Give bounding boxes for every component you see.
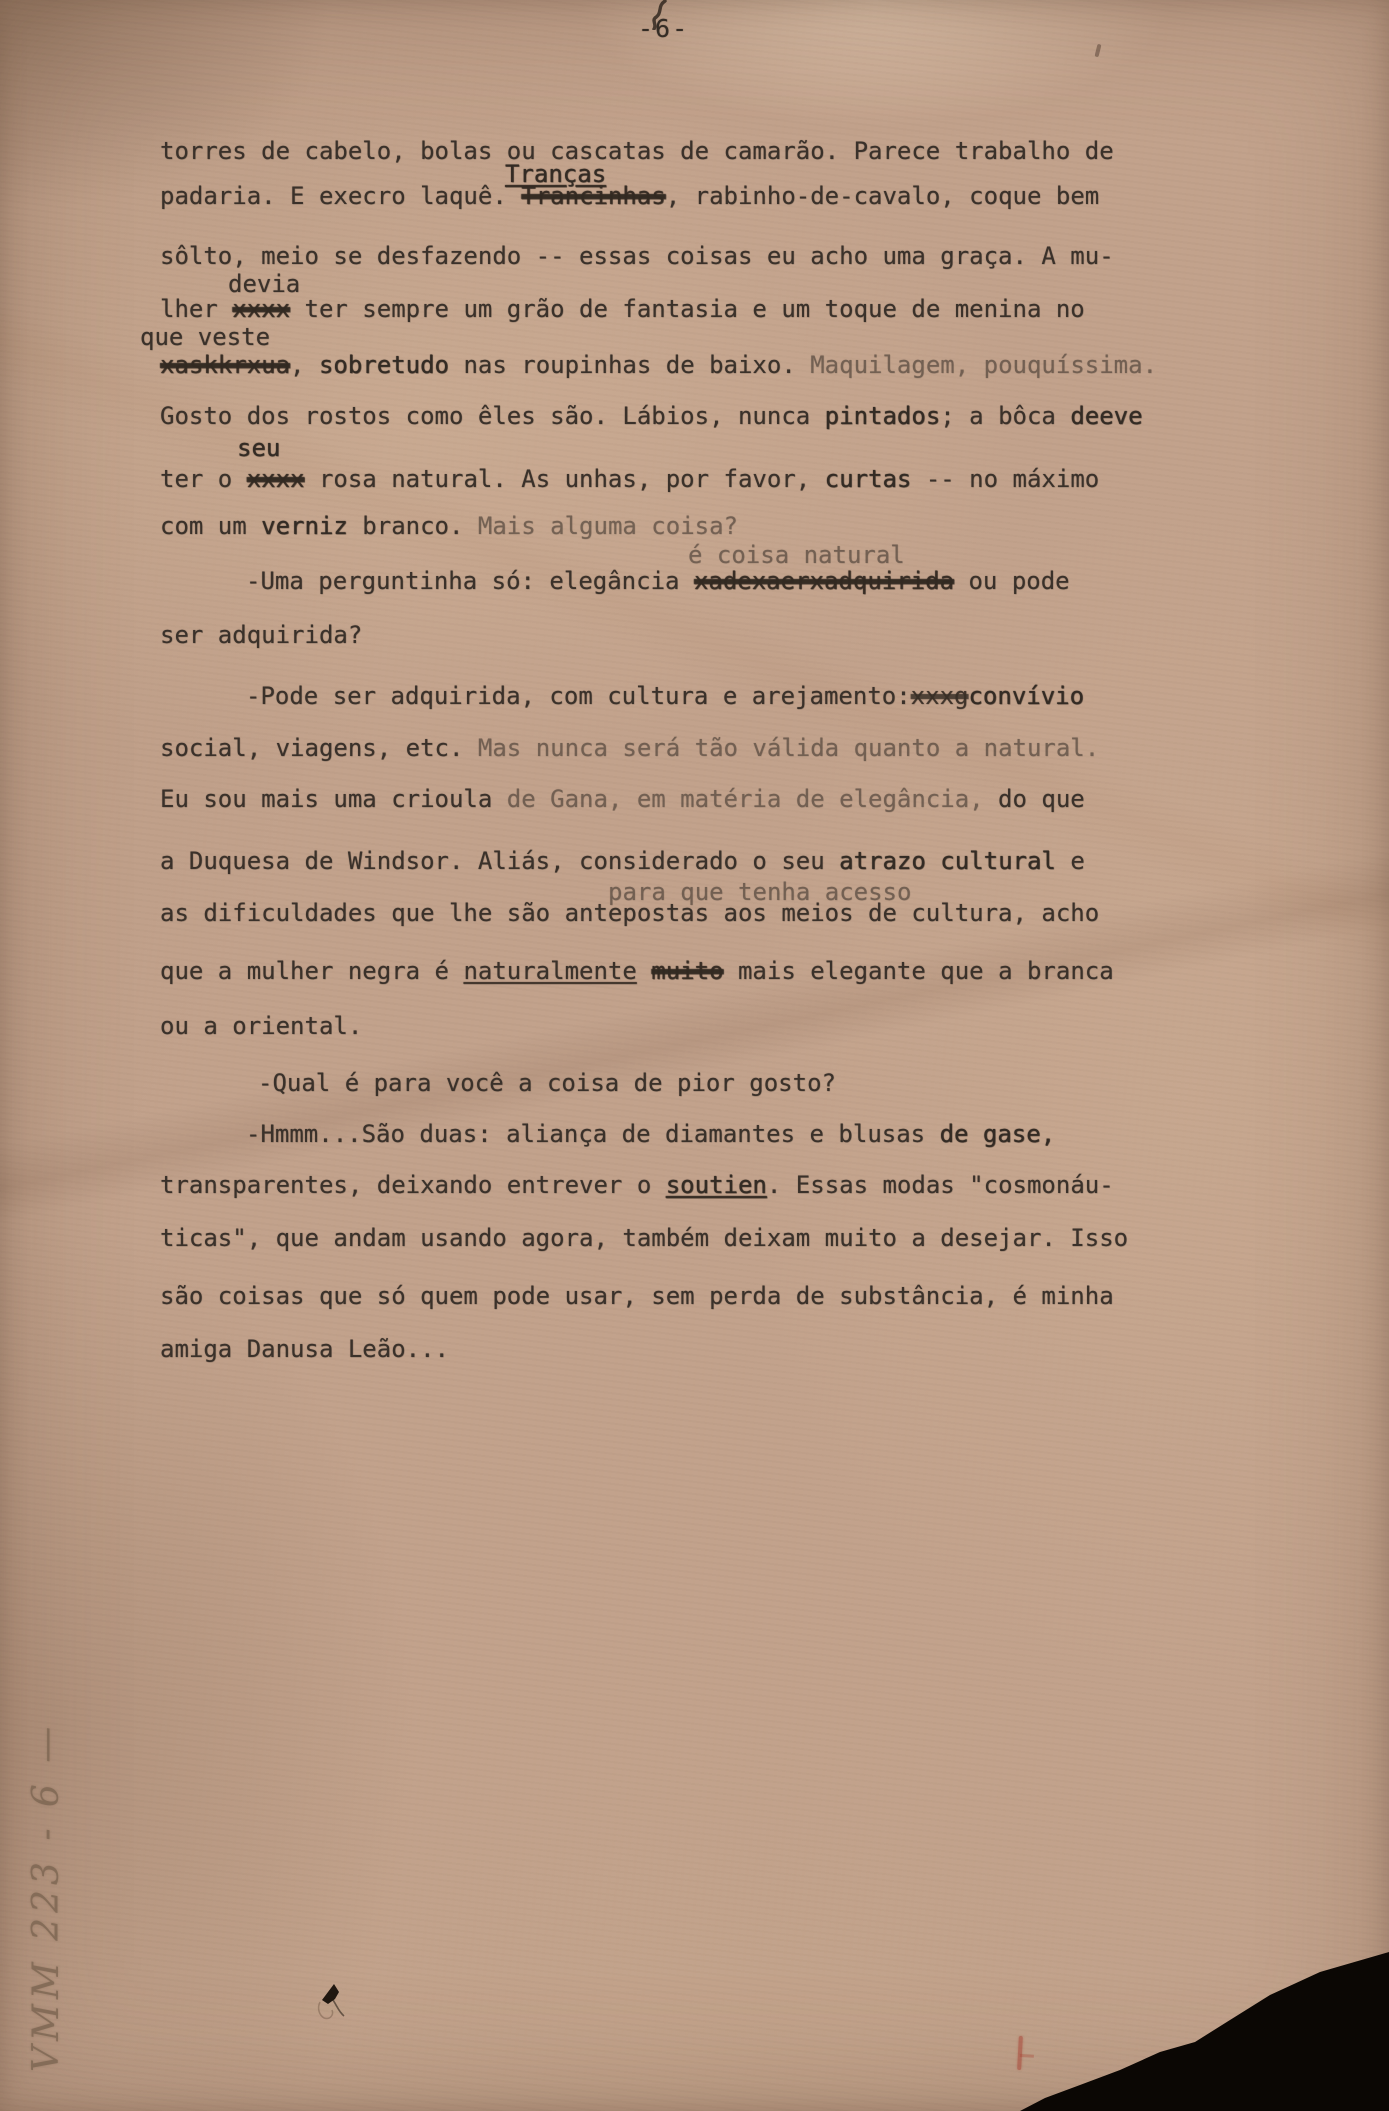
interlinear-insert: seu (237, 436, 280, 460)
typed-text: ; a bôca (940, 402, 1070, 430)
typed-line: ticas", que andam usando agora, também d… (160, 1226, 1128, 1250)
interlinear-insert: devia (228, 272, 300, 296)
ink-blot-mark (308, 1982, 354, 2026)
typed-text: -Hmmm...São duas: aliança de diamantes e… (246, 1120, 940, 1148)
typed-line: torres de cabelo, bolas ou cascatas de c… (160, 139, 1114, 163)
typed-text: a Duquesa de Windsor. Aliás, considerado… (160, 847, 839, 875)
typed-text: . Essas modas "cosmonáu- (767, 1171, 1114, 1199)
typed-text: soutien (666, 1171, 767, 1199)
page-number: -6- (638, 14, 689, 43)
typed-text: do que (984, 785, 1085, 813)
typed-text: pintados (825, 402, 941, 430)
interlinear-insert: é coisa natural (688, 543, 905, 567)
typed-line: lher xxxx ter sempre um grão de fantasia… (160, 297, 1085, 321)
typed-line: -Hmmm...São duas: aliança de diamantes e… (246, 1122, 1055, 1146)
typed-line: a Duquesa de Windsor. Aliás, considerado… (160, 849, 1085, 873)
typed-text: -Qual é para você a coisa de pior gosto? (258, 1069, 836, 1097)
typed-text: sôlto, meio se desfazendo -- essas coisa… (160, 242, 1114, 270)
typed-line: -Pode ser adquirida, com cultura e areja… (246, 684, 1084, 708)
typed-text: mais elegante que a branca (724, 957, 1114, 985)
typed-line: ser adquirida? (160, 623, 362, 647)
typed-text: ou pode (954, 567, 1070, 595)
typed-text: curtas (825, 465, 912, 493)
typed-text: que a mulher negra é (160, 957, 463, 985)
typed-text: branco. (348, 512, 478, 540)
typed-line: -Qual é para você a coisa de pior gosto? (258, 1071, 836, 1095)
typed-line: -Uma perguntinha só: elegância xadexaerx… (246, 569, 1070, 593)
typed-line: as dificuldades que lhe são antepostas a… (160, 901, 1099, 925)
torn-corner-black-area (1010, 1945, 1389, 2111)
typed-text: transparentes, deixando entrever o (160, 1171, 666, 1199)
struck-word: xaskkrxua (160, 351, 290, 379)
struck-word: xxxx (247, 465, 305, 493)
typed-line: social, viagens, etc. Mas nunca será tão… (160, 736, 1099, 760)
inserted-phrase: é coisa natural (688, 541, 905, 569)
red-pencil-tick (1020, 2054, 1034, 2058)
typed-line: sôlto, meio se desfazendo -- essas coisa… (160, 244, 1114, 268)
document-page: -6- torres de cabelo, bolas ou cascatas … (0, 0, 1389, 2111)
typed-text: as dificuldades que lhe são antepostas a… (160, 899, 1099, 927)
typed-line: com um verniz branco. Mais alguma coisa? (160, 514, 738, 538)
struck-word: Trancinhas (521, 182, 666, 210)
typed-text: -Pode ser adquirida, com cultura e areja… (246, 682, 911, 710)
typed-text: são coisas que só quem pode usar, sem pe… (160, 1282, 1114, 1310)
typed-text: Gosto dos rostos como êles são. Lábios, … (160, 402, 825, 430)
typed-text: -Uma perguntinha só: elegância (246, 567, 694, 595)
typed-text: Maquilagem, pouquíssima. (810, 351, 1157, 379)
typed-text: deeve (1070, 402, 1142, 430)
stray-ink-speck (1094, 44, 1101, 58)
typed-text: de Gana, em matéria de elegância, (507, 785, 984, 813)
typed-text: de gase, (940, 1120, 1056, 1148)
typed-line: são coisas que só quem pode usar, sem pe… (160, 1284, 1114, 1308)
typed-line: Eu sou mais uma crioula de Gana, em maté… (160, 787, 1085, 811)
typed-text: amiga Danusa Leão... (160, 1335, 449, 1363)
typed-text: lher (160, 295, 232, 323)
red-pencil-mark (1017, 2036, 1023, 2070)
struck-word: xxxx (232, 295, 290, 323)
inserted-word: devia (228, 270, 300, 298)
typed-text: torres de cabelo, bolas ou cascatas de c… (160, 137, 1114, 165)
struck-word: xxxg (911, 682, 969, 710)
typed-line: padaria. E execro laquê. Trancinhas, rab… (160, 184, 1099, 208)
typed-line: ter o xxxx rosa natural. As unhas, por f… (160, 467, 1099, 491)
typed-text: com um (160, 512, 261, 540)
typed-text: rosa natural. As unhas, por favor, (305, 465, 825, 493)
typed-text: sobretudo (319, 351, 449, 379)
typed-line: Gosto dos rostos como êles são. Lábios, … (160, 404, 1143, 428)
interlinear-insert: que veste (140, 325, 270, 349)
typed-text: ser adquirida? (160, 621, 362, 649)
typed-text: ter sempre um grão de fantasia e um toqu… (290, 295, 1085, 323)
typed-line: ou a oriental. (160, 1014, 362, 1038)
typed-text: Eu sou mais uma crioula (160, 785, 507, 813)
handwritten-margin-note: VMM 223 - 6 — (26, 1642, 67, 2072)
typed-text: , rabinho-de-cavalo, coque bem (666, 182, 1099, 210)
typed-line: que a mulher negra é naturalmente muito … (160, 959, 1114, 983)
typed-text: ticas", que andam usando agora, também d… (160, 1224, 1128, 1252)
typed-text: Mas nunca será tão válida quanto a natur… (478, 734, 1099, 762)
typed-text: padaria. E execro laquê. (160, 182, 521, 210)
typed-text: ou a oriental. (160, 1012, 362, 1040)
typed-text: nas roupinhas de baixo. (449, 351, 810, 379)
typed-text: verniz (261, 512, 348, 540)
typed-text (637, 957, 651, 985)
typed-text: social, viagens, etc. (160, 734, 478, 762)
typed-text: atrazo cultural (839, 847, 1056, 875)
typed-text: naturalmente (463, 957, 636, 985)
struck-word: xadexaerxadquirida (694, 567, 954, 595)
typed-line: xaskkrxua, sobretudo nas roupinhas de ba… (160, 353, 1157, 377)
typed-text: ter o (160, 465, 247, 493)
typed-text: convívio (968, 682, 1084, 710)
typed-text: Mais alguma coisa? (478, 512, 738, 540)
struck-word: muito (651, 957, 723, 985)
typed-line: transparentes, deixando entrever o souti… (160, 1173, 1114, 1197)
typed-text: , (290, 351, 319, 379)
typed-line: amiga Danusa Leão... (160, 1337, 449, 1361)
inserted-phrase: que veste (140, 323, 270, 351)
typed-text: -- no máximo (911, 465, 1099, 493)
typed-text: e (1056, 847, 1085, 875)
inserted-word: seu (237, 434, 280, 462)
